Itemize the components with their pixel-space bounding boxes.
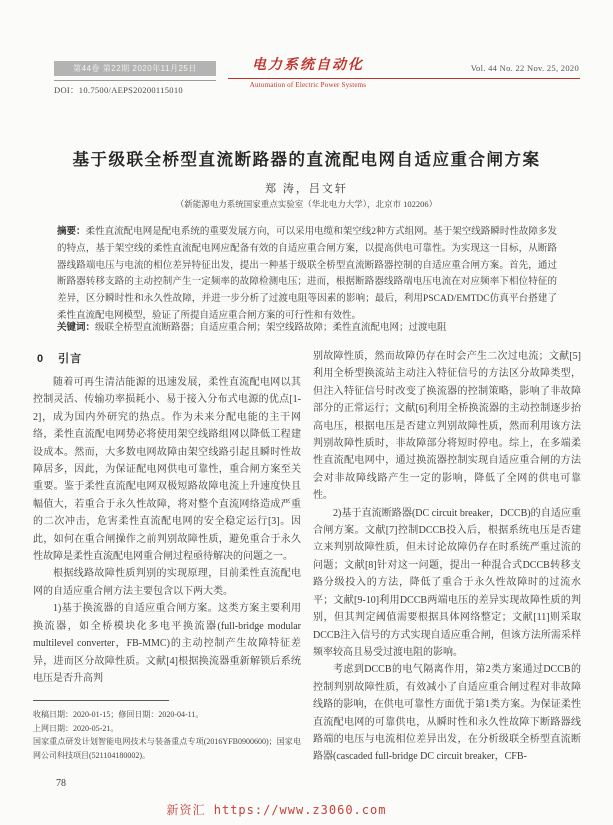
body-columns: 0引言 随着可再生清洁能源的迅速发展，柔性直流配电网以其控制灵活、传输功率损耗小… <box>33 348 581 762</box>
authors: 郑 涛，吕文轩 <box>0 180 613 196</box>
footnote-rule <box>33 700 169 701</box>
left-column: 0引言 随着可再生清洁能源的迅速发展，柔性直流配电网以其控制灵活、传输功率损耗小… <box>33 348 301 762</box>
journal-name-en: Automation of Electric Power Systems <box>228 81 388 89</box>
paragraph: 2)基于直流断路器(DC circuit breaker，DCCB)的自适应重合… <box>313 505 581 662</box>
journal-header: 第44卷 第22期 2020年11月25日 DOI：10.7500/AEPS20… <box>0 56 613 108</box>
doi-text: DOI：10.7500/AEPS20200115010 <box>54 84 183 96</box>
footnote-line: 国家重点研发计划智能电网技术与装备重点专项(2016YFB0900600)；国家… <box>33 735 301 762</box>
section-title: 引言 <box>58 353 82 365</box>
journal-name-cn: 电力系统自动化 <box>228 56 388 76</box>
page-number: 78 <box>56 778 66 789</box>
abstract-text: 柔性直流配电网是配电系统的重要发展方向，可以采用电缆和架空线2种方式组网。基于架… <box>57 227 557 321</box>
watermark: 新资汇 https://www.z3060.com <box>0 801 553 818</box>
keywords-label: 关键词： <box>57 322 95 333</box>
right-column: 别故障性质，然而故障仍存在时会产生二次过电流；文献[5]利用全桥型换流站主动注入… <box>313 348 581 762</box>
issue-info-en: Vol. 44 No. 22 Nov. 25, 2020 <box>471 63 579 73</box>
footnote-line: 收稿日期：2020-01-15；修回日期：2020-04-11。 <box>33 708 301 722</box>
paragraph: 随着可再生清洁能源的迅速发展，柔性直流配电网以其控制灵活、传输功率损耗小、易于接… <box>33 374 301 565</box>
footnote-line: 上网日期：2020-05-21。 <box>33 722 301 736</box>
journal-logo: 电力系统自动化 <box>228 56 388 76</box>
paper-page: 第44卷 第22期 2020年11月25日 DOI：10.7500/AEPS20… <box>0 0 613 825</box>
header-rule-center <box>228 78 580 79</box>
header-rule-left <box>54 80 216 81</box>
abstract-label: 摘要： <box>57 226 86 237</box>
keywords: 关键词：级联全桥型直流断路器；自适应重合闸；架空线路故障；柔性直流配电网；过渡电… <box>57 320 557 336</box>
section-number: 0 <box>37 353 44 365</box>
paragraph: 考虑到DCCB的电气隔离作用，第2类方案通过DCCB的控制判别故障性质，有效减小… <box>313 661 581 765</box>
paragraph: 别故障性质，然而故障仍存在时会产生二次过电流；文献[5]利用全桥型换流站主动注入… <box>313 348 581 505</box>
paragraph: 1)基于换流器的自适应重合闸方案。这类方案主要利用换流器，如全桥模块化多电平换流… <box>33 600 301 687</box>
abstract: 摘要：柔性直流配电网是配电系统的重要发展方向，可以采用电缆和架空线2种方式组网。… <box>57 224 557 325</box>
paper-title: 基于级联全桥型直流断路器的直流配电网自适应重合闸方案 <box>40 146 573 170</box>
issue-info-cn: 第44卷 第22期 2020年11月25日 <box>54 61 216 76</box>
footnote: 收稿日期：2020-01-15；修回日期：2020-04-11。 上网日期：20… <box>33 700 301 762</box>
section-heading: 0引言 <box>37 350 301 366</box>
keywords-text: 级联全桥型直流断路器；自适应重合闸；架空线路故障；柔性直流配电网；过渡电阻 <box>95 323 447 333</box>
affiliation: （新能源电力系统国家重点实验室（华北电力大学），北京市 102206） <box>0 198 613 210</box>
paragraph: 根据线路故障性质判别的实现原理，目前柔性直流配电网的自适应重合闸方法主要包含以下… <box>33 565 301 600</box>
